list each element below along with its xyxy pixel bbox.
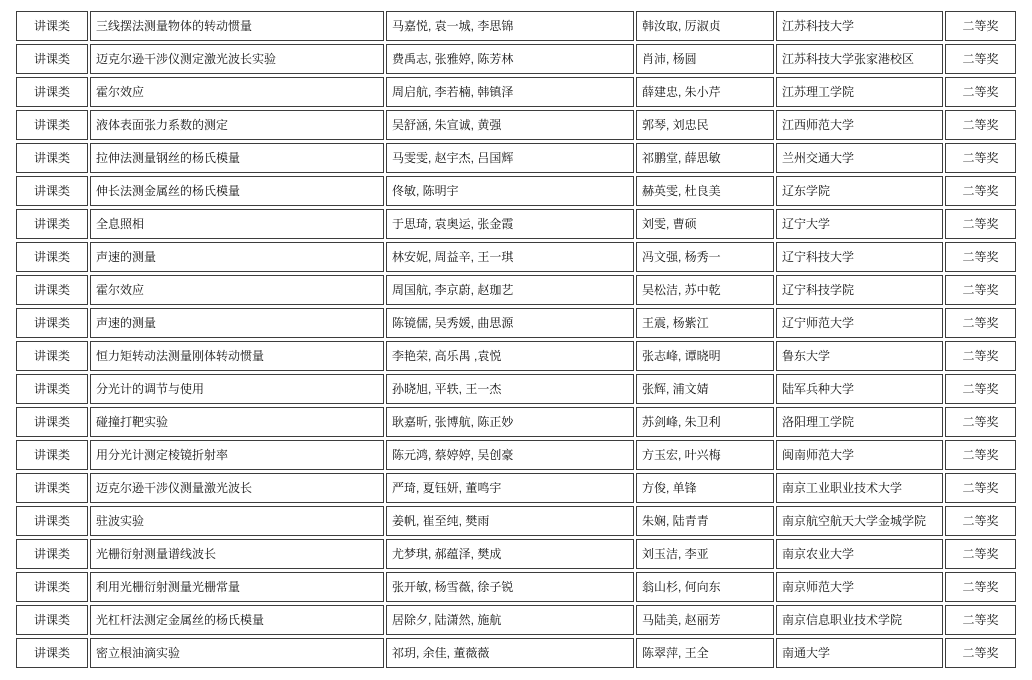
advisors-cell: 方俊, 单锋: [636, 473, 774, 503]
university-cell: 鲁东大学: [776, 341, 943, 371]
advisors-cell: 张辉, 浦文婧: [636, 374, 774, 404]
category-cell: 讲课类: [16, 605, 88, 635]
students-cell: 马雯雯, 赵宇杰, 吕国辉: [386, 143, 634, 173]
table-row: 讲课类 用分光计测定棱镜折射率 陈元鸿, 蔡婷婷, 吴创豪 方玉宏, 叶兴梅 闽…: [16, 440, 1016, 470]
title-cell: 光杠杆法测定金属丝的杨氏模量: [90, 605, 384, 635]
table-row: 讲课类 迈克尔逊干涉仪测定激光波长实验 费禹志, 张雅婷, 陈芳林 肖沛, 杨圆…: [16, 44, 1016, 74]
university-cell: 南京工业职业技术大学: [776, 473, 943, 503]
advisors-cell: 祁鹏堂, 薛思敏: [636, 143, 774, 173]
university-cell: 辽宁大学: [776, 209, 943, 239]
category-cell: 讲课类: [16, 506, 88, 536]
category-cell: 讲课类: [16, 539, 88, 569]
category-cell: 讲课类: [16, 11, 88, 41]
table-row: 讲课类 三线摆法测量物体的转动惯量 马嘉悦, 袁一城, 李思锦 韩汝取, 厉淑贞…: [16, 11, 1016, 41]
title-cell: 碰撞打靶实验: [90, 407, 384, 437]
category-cell: 讲课类: [16, 473, 88, 503]
title-cell: 光栅衍射测量谱线波长: [90, 539, 384, 569]
category-cell: 讲课类: [16, 374, 88, 404]
advisors-cell: 赫英雯, 杜良美: [636, 176, 774, 206]
title-cell: 用分光计测定棱镜折射率: [90, 440, 384, 470]
award-cell: 二等奖: [945, 539, 1016, 569]
table-row: 讲课类 迈克尔逊干涉仪测量激光波长 严琦, 夏钰妍, 董鸣宇 方俊, 单锋 南京…: [16, 473, 1016, 503]
table-row: 讲课类 密立根油滴实验 祁玥, 余佳, 董薇薇 陈翠萍, 王全 南通大学 二等奖: [16, 638, 1016, 668]
awards-table-body: 讲课类 三线摆法测量物体的转动惯量 马嘉悦, 袁一城, 李思锦 韩汝取, 厉淑贞…: [16, 11, 1016, 668]
advisors-cell: 张志峰, 谭晓明: [636, 341, 774, 371]
university-cell: 江西师范大学: [776, 110, 943, 140]
title-cell: 全息照相: [90, 209, 384, 239]
table-row: 讲课类 全息照相 于思琦, 袁奥运, 张金霞 刘雯, 曹硕 辽宁大学 二等奖: [16, 209, 1016, 239]
advisors-cell: 方玉宏, 叶兴梅: [636, 440, 774, 470]
table-row: 讲课类 霍尔效应 周启航, 李若楠, 韩镇泽 薛建忠, 朱小芹 江苏理工学院 二…: [16, 77, 1016, 107]
university-cell: 南京农业大学: [776, 539, 943, 569]
document-page: 讲课类 三线摆法测量物体的转动惯量 马嘉悦, 袁一城, 李思锦 韩汝取, 厉淑贞…: [0, 0, 1032, 680]
university-cell: 辽东学院: [776, 176, 943, 206]
title-cell: 分光计的调节与使用: [90, 374, 384, 404]
title-cell: 声速的测量: [90, 242, 384, 272]
award-cell: 二等奖: [945, 275, 1016, 305]
advisors-cell: 苏剑峰, 朱卫利: [636, 407, 774, 437]
category-cell: 讲课类: [16, 572, 88, 602]
advisors-cell: 翁山杉, 何向东: [636, 572, 774, 602]
award-cell: 二等奖: [945, 572, 1016, 602]
award-cell: 二等奖: [945, 341, 1016, 371]
students-cell: 陈镜儒, 吴秀媛, 曲思源: [386, 308, 634, 338]
university-cell: 陆军兵种大学: [776, 374, 943, 404]
title-cell: 三线摆法测量物体的转动惯量: [90, 11, 384, 41]
advisors-cell: 朱娴, 陆青青: [636, 506, 774, 536]
category-cell: 讲课类: [16, 77, 88, 107]
title-cell: 利用光栅衍射测量光栅常量: [90, 572, 384, 602]
university-cell: 南京航空航天大学金城学院: [776, 506, 943, 536]
table-row: 讲课类 拉伸法测量钢丝的杨氏模量 马雯雯, 赵宇杰, 吕国辉 祁鹏堂, 薛思敏 …: [16, 143, 1016, 173]
university-cell: 辽宁师范大学: [776, 308, 943, 338]
title-cell: 伸长法测金属丝的杨氏模量: [90, 176, 384, 206]
award-cell: 二等奖: [945, 374, 1016, 404]
category-cell: 讲课类: [16, 407, 88, 437]
award-cell: 二等奖: [945, 440, 1016, 470]
title-cell: 迈克尔逊干涉仪测定激光波长实验: [90, 44, 384, 74]
table-row: 讲课类 利用光栅衍射测量光栅常量 张开敏, 杨雪薇, 徐子锐 翁山杉, 何向东 …: [16, 572, 1016, 602]
students-cell: 张开敏, 杨雪薇, 徐子锐: [386, 572, 634, 602]
category-cell: 讲课类: [16, 242, 88, 272]
table-row: 讲课类 恒力矩转动法测量刚体转动惯量 李艳荣, 高乐禺 ,袁悦 张志峰, 谭晓明…: [16, 341, 1016, 371]
award-cell: 二等奖: [945, 242, 1016, 272]
advisors-cell: 陈翠萍, 王全: [636, 638, 774, 668]
awards-table: 讲课类 三线摆法测量物体的转动惯量 马嘉悦, 袁一城, 李思锦 韩汝取, 厉淑贞…: [14, 8, 1018, 671]
award-cell: 二等奖: [945, 44, 1016, 74]
title-cell: 霍尔效应: [90, 77, 384, 107]
table-row: 讲课类 驻波实验 姜帆, 崔至纯, 樊雨 朱娴, 陆青青 南京航空航天大学金城学…: [16, 506, 1016, 536]
students-cell: 费禹志, 张雅婷, 陈芳林: [386, 44, 634, 74]
advisors-cell: 韩汝取, 厉淑贞: [636, 11, 774, 41]
category-cell: 讲课类: [16, 176, 88, 206]
award-cell: 二等奖: [945, 143, 1016, 173]
title-cell: 驻波实验: [90, 506, 384, 536]
advisors-cell: 刘雯, 曹硕: [636, 209, 774, 239]
table-row: 讲课类 霍尔效应 周国航, 李京蔚, 赵珈艺 吴松洁, 苏中乾 辽宁科技学院 二…: [16, 275, 1016, 305]
award-cell: 二等奖: [945, 77, 1016, 107]
category-cell: 讲课类: [16, 275, 88, 305]
students-cell: 马嘉悦, 袁一城, 李思锦: [386, 11, 634, 41]
university-cell: 江苏科技大学: [776, 11, 943, 41]
university-cell: 南京信息职业技术学院: [776, 605, 943, 635]
award-cell: 二等奖: [945, 11, 1016, 41]
university-cell: 辽宁科技大学: [776, 242, 943, 272]
award-cell: 二等奖: [945, 473, 1016, 503]
category-cell: 讲课类: [16, 341, 88, 371]
students-cell: 耿嘉昕, 张博航, 陈正妙: [386, 407, 634, 437]
table-row: 讲课类 伸长法测金属丝的杨氏模量 佟敏, 陈明宇 赫英雯, 杜良美 辽东学院 二…: [16, 176, 1016, 206]
category-cell: 讲课类: [16, 143, 88, 173]
award-cell: 二等奖: [945, 605, 1016, 635]
category-cell: 讲课类: [16, 110, 88, 140]
advisors-cell: 马陆美, 赵丽芳: [636, 605, 774, 635]
university-cell: 江苏科技大学张家港校区: [776, 44, 943, 74]
students-cell: 于思琦, 袁奥运, 张金霞: [386, 209, 634, 239]
university-cell: 洛阳理工学院: [776, 407, 943, 437]
table-row: 讲课类 光杠杆法测定金属丝的杨氏模量 居除夕, 陆潇然, 施航 马陆美, 赵丽芳…: [16, 605, 1016, 635]
students-cell: 居除夕, 陆潇然, 施航: [386, 605, 634, 635]
advisors-cell: 冯文强, 杨秀一: [636, 242, 774, 272]
title-cell: 迈克尔逊干涉仪测量激光波长: [90, 473, 384, 503]
students-cell: 周国航, 李京蔚, 赵珈艺: [386, 275, 634, 305]
students-cell: 吴舒涵, 朱宣诚, 黄强: [386, 110, 634, 140]
award-cell: 二等奖: [945, 308, 1016, 338]
university-cell: 闽南师范大学: [776, 440, 943, 470]
title-cell: 霍尔效应: [90, 275, 384, 305]
table-row: 讲课类 光栅衍射测量谱线波长 尤梦琪, 郝蕴泽, 樊成 刘玉洁, 李亚 南京农业…: [16, 539, 1016, 569]
award-cell: 二等奖: [945, 506, 1016, 536]
category-cell: 讲课类: [16, 440, 88, 470]
award-cell: 二等奖: [945, 209, 1016, 239]
students-cell: 陈元鸿, 蔡婷婷, 吴创豪: [386, 440, 634, 470]
award-cell: 二等奖: [945, 407, 1016, 437]
advisors-cell: 薛建忠, 朱小芹: [636, 77, 774, 107]
category-cell: 讲课类: [16, 308, 88, 338]
award-cell: 二等奖: [945, 110, 1016, 140]
advisors-cell: 王震, 杨紫江: [636, 308, 774, 338]
students-cell: 姜帆, 崔至纯, 樊雨: [386, 506, 634, 536]
title-cell: 密立根油滴实验: [90, 638, 384, 668]
advisors-cell: 刘玉洁, 李亚: [636, 539, 774, 569]
advisors-cell: 肖沛, 杨圆: [636, 44, 774, 74]
advisors-cell: 吴松洁, 苏中乾: [636, 275, 774, 305]
table-row: 讲课类 分光计的调节与使用 孙晓旭, 平轶, 王一杰 张辉, 浦文婧 陆军兵种大…: [16, 374, 1016, 404]
university-cell: 南通大学: [776, 638, 943, 668]
students-cell: 周启航, 李若楠, 韩镇泽: [386, 77, 634, 107]
category-cell: 讲课类: [16, 638, 88, 668]
students-cell: 李艳荣, 高乐禺 ,袁悦: [386, 341, 634, 371]
university-cell: 兰州交通大学: [776, 143, 943, 173]
title-cell: 拉伸法测量钢丝的杨氏模量: [90, 143, 384, 173]
students-cell: 尤梦琪, 郝蕴泽, 樊成: [386, 539, 634, 569]
title-cell: 恒力矩转动法测量刚体转动惯量: [90, 341, 384, 371]
table-row: 讲课类 声速的测量 陈镜儒, 吴秀媛, 曲思源 王震, 杨紫江 辽宁师范大学 二…: [16, 308, 1016, 338]
table-row: 讲课类 声速的测量 林安妮, 周益辛, 王一琪 冯文强, 杨秀一 辽宁科技大学 …: [16, 242, 1016, 272]
students-cell: 严琦, 夏钰妍, 董鸣宇: [386, 473, 634, 503]
university-cell: 江苏理工学院: [776, 77, 943, 107]
advisors-cell: 郭琴, 刘忠民: [636, 110, 774, 140]
award-cell: 二等奖: [945, 176, 1016, 206]
students-cell: 孙晓旭, 平轶, 王一杰: [386, 374, 634, 404]
table-row: 讲课类 碰撞打靶实验 耿嘉昕, 张博航, 陈正妙 苏剑峰, 朱卫利 洛阳理工学院…: [16, 407, 1016, 437]
title-cell: 声速的测量: [90, 308, 384, 338]
university-cell: 南京师范大学: [776, 572, 943, 602]
students-cell: 祁玥, 余佳, 董薇薇: [386, 638, 634, 668]
award-cell: 二等奖: [945, 638, 1016, 668]
students-cell: 佟敏, 陈明宇: [386, 176, 634, 206]
category-cell: 讲课类: [16, 44, 88, 74]
title-cell: 液体表面张力系数的测定: [90, 110, 384, 140]
students-cell: 林安妮, 周益辛, 王一琪: [386, 242, 634, 272]
table-row: 讲课类 液体表面张力系数的测定 吴舒涵, 朱宣诚, 黄强 郭琴, 刘忠民 江西师…: [16, 110, 1016, 140]
category-cell: 讲课类: [16, 209, 88, 239]
university-cell: 辽宁科技学院: [776, 275, 943, 305]
